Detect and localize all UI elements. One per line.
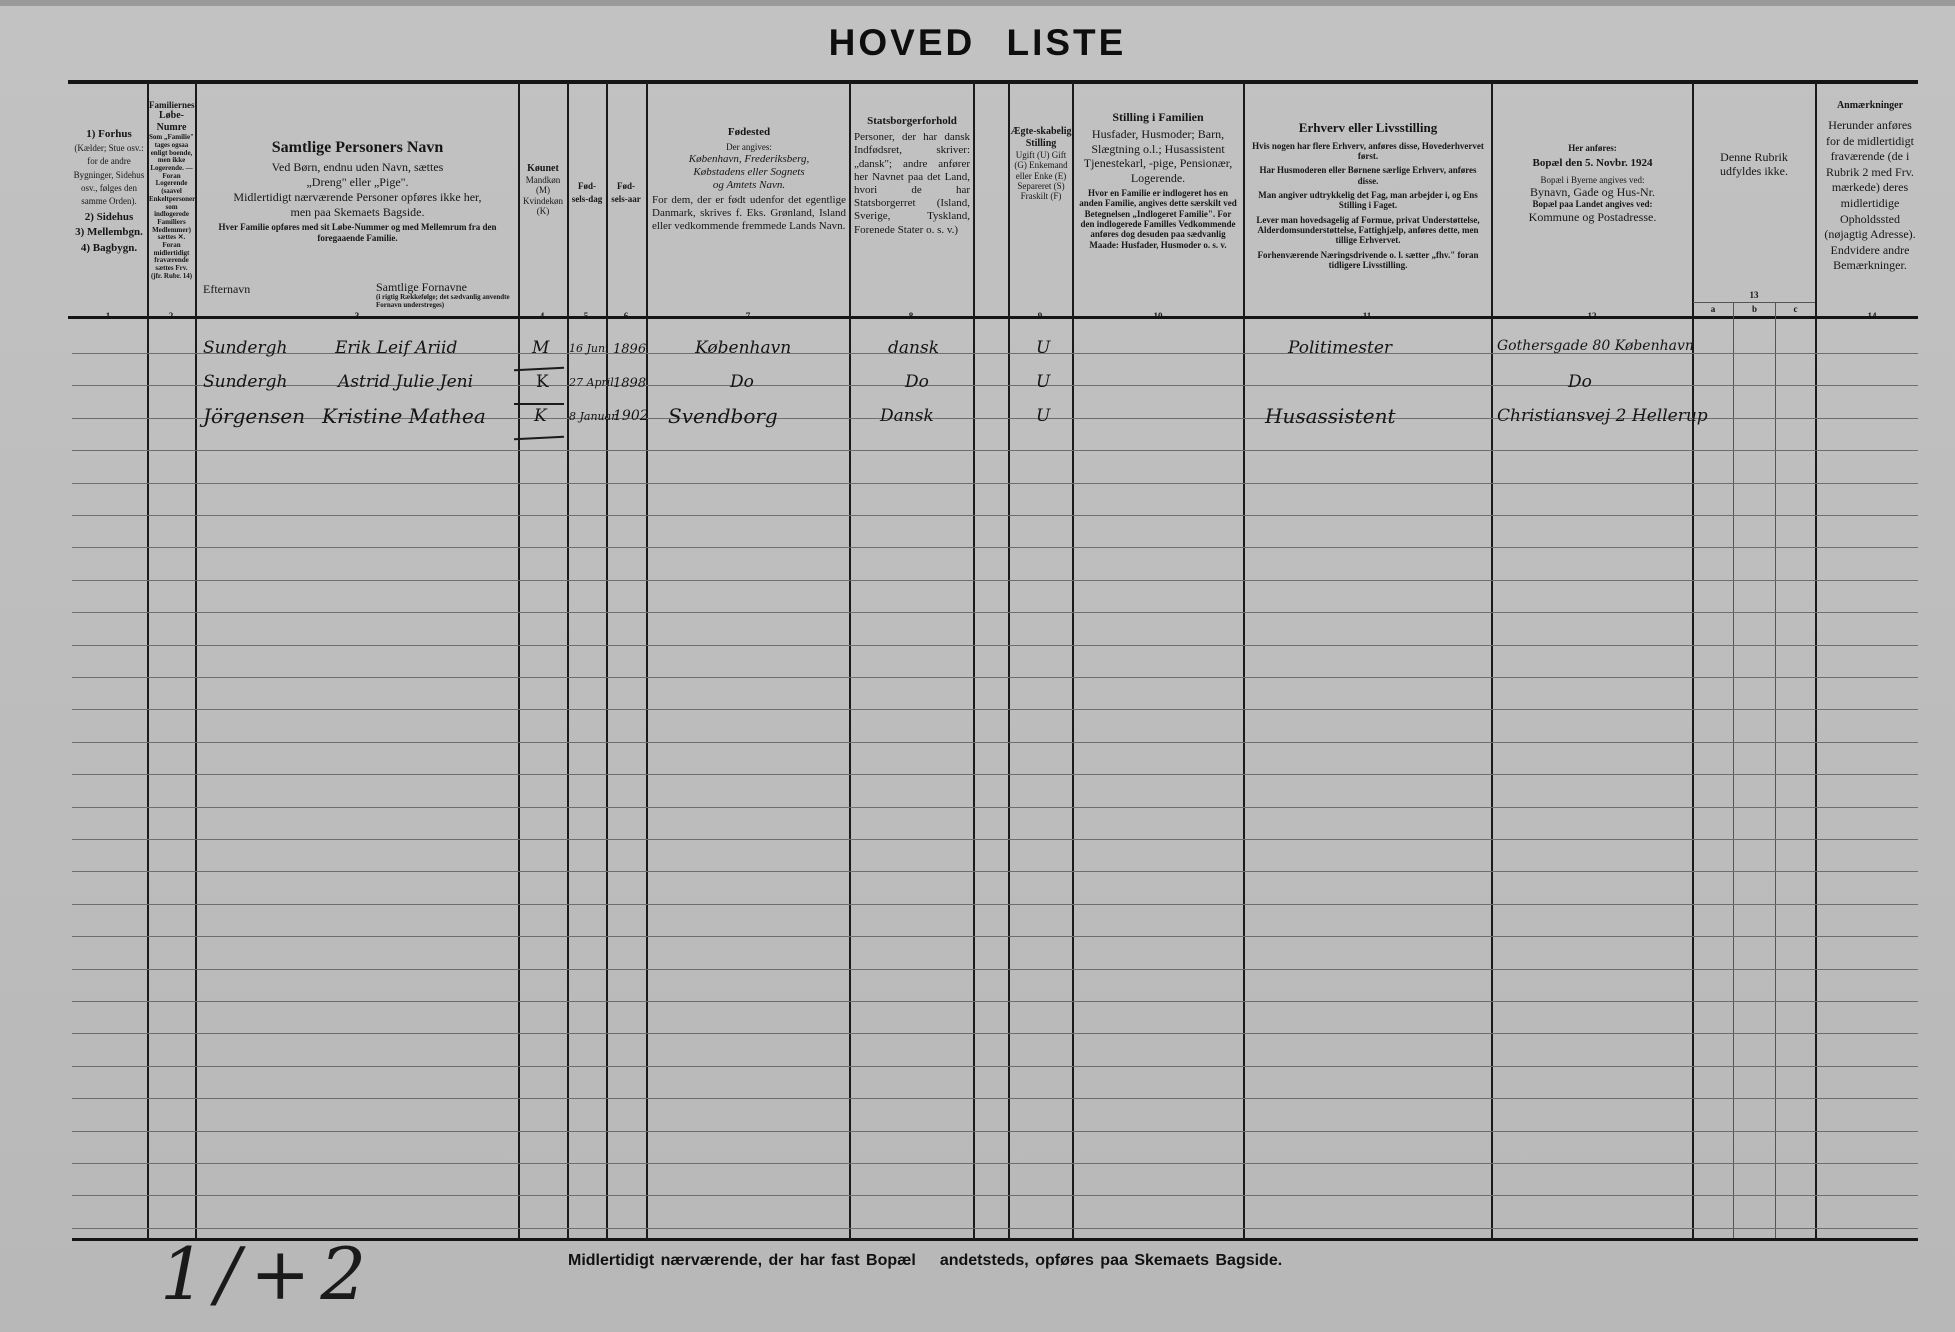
row-rule — [72, 1228, 1918, 1229]
col3-sub-surname: Efternavn — [203, 282, 293, 296]
col-number-6: 6 — [611, 311, 641, 321]
entry-marital: U — [1036, 406, 1050, 426]
row-rule — [72, 969, 1918, 970]
col-number-3: 3 — [342, 311, 372, 321]
row-rule — [72, 1131, 1918, 1132]
col13-sub-c: c — [1776, 304, 1815, 315]
row-rule — [72, 483, 1918, 484]
entry-citizenship: dansk — [888, 338, 939, 358]
entry-residence: Gothersgade 80 København — [1497, 338, 1694, 354]
col-number-4: 4 — [527, 311, 557, 321]
col-number-11: 11 — [1352, 311, 1382, 321]
row-rule — [72, 1163, 1918, 1164]
col13-number: 13 — [1693, 290, 1815, 301]
row-rule — [72, 1033, 1918, 1034]
row-rule — [72, 807, 1918, 808]
col-number-5: 5 — [571, 311, 601, 321]
sex-underline — [514, 436, 564, 441]
form-title: HOVED LISTE — [0, 22, 1955, 64]
row-rule — [72, 547, 1918, 548]
row-rule — [72, 515, 1918, 516]
row-rule — [72, 709, 1918, 710]
row-rule — [72, 839, 1918, 840]
col13-sub-b: b — [1734, 304, 1775, 315]
footer-note-part1: Midlertidigt nærværende, der har fast Bo… — [568, 1252, 916, 1269]
col8-header: Statsborgerforhold Personer, der har dan… — [854, 115, 970, 237]
entry-citizenship: Dansk — [880, 406, 934, 426]
entry-marital: U — [1036, 338, 1050, 358]
col2-header: Familiernes Løbe-Numre Som „Familie" tag… — [149, 100, 194, 280]
col3-header: Samtlige Personers Navn Ved Børn, endnu … — [200, 138, 515, 243]
entry-surname: Jörgensen — [203, 404, 305, 428]
row-rule — [72, 580, 1918, 581]
row-rule — [72, 645, 1918, 646]
scan-edge — [0, 0, 1955, 6]
row-rule — [72, 1098, 1918, 1099]
entry-occupation: Husassistent — [1265, 404, 1396, 428]
entry-surname: Sundergh — [203, 372, 287, 392]
row-rule — [72, 1066, 1918, 1067]
entry-birth-year: 1896 — [613, 342, 646, 357]
footer-note-part2: andetsteds, opføres paa Skemaets Bagside… — [940, 1252, 1282, 1269]
entry-sex: M — [532, 338, 549, 358]
row-rule — [72, 742, 1918, 743]
col-number-10: 10 — [1143, 311, 1173, 321]
col10-header: Stilling i Familien Husfader, Husmoder; … — [1077, 110, 1239, 250]
row-rule — [72, 871, 1918, 872]
col-number-9: 9 — [1025, 311, 1055, 321]
entry-surname: Sundergh — [203, 338, 287, 358]
entry-occupation: Politimester — [1288, 338, 1392, 358]
col13-header: Denne Rubrik udfyldes ikke. — [1712, 150, 1796, 179]
sex-underline — [514, 403, 564, 405]
col-number-12: 12 — [1577, 311, 1607, 321]
col13-sub-a: a — [1693, 304, 1733, 315]
col3-sub-given-names: Samtlige Fornavne (i rigtig Rækkefølge; … — [376, 280, 516, 310]
col6-header: Fød-sels-aar — [609, 180, 643, 206]
row-rule — [72, 774, 1918, 775]
entry-sex: K — [536, 372, 549, 392]
col14-header: Anmærkninger Herunder anføres for de mid… — [1822, 100, 1918, 274]
col5-header: Fød-sels-dag — [570, 180, 604, 206]
entry-birth-day: 27 April — [569, 376, 614, 389]
header-top-rule — [68, 80, 1918, 84]
col-number-14: 14 — [1857, 311, 1887, 321]
col-number-7: 7 — [733, 311, 763, 321]
entry-birthplace: København — [695, 338, 791, 358]
entry-birth-day: 8 Januar — [569, 410, 616, 423]
entry-birth-year: 1898 — [613, 376, 646, 391]
sex-underline — [514, 367, 564, 372]
entry-given-names: Astrid Julie Jeni — [338, 372, 473, 392]
footer-note: Midlertidigt nærværende, der har fast Bo… — [568, 1252, 1282, 1270]
entry-birth-day: 16 Juni — [569, 342, 609, 355]
row-rule — [72, 677, 1918, 678]
entry-given-names: Kristine Mathea — [322, 404, 486, 428]
col7-header: Fødested Der angives: København, Frederi… — [652, 126, 846, 234]
row-rule — [72, 1001, 1918, 1002]
entry-given-names: Erik Leif Ariid — [335, 338, 457, 358]
col-number-8: 8 — [896, 311, 926, 321]
col9-header: Ægte-skabelig Stilling Ugift (U) Gift (G… — [1010, 126, 1072, 202]
row-rule — [72, 936, 1918, 937]
entry-citizenship: Do — [905, 372, 929, 392]
row-rule — [72, 612, 1918, 613]
census-form-page: HOVED LISTE 1) Forhus (Kælder; Stue osv.… — [0, 0, 1955, 1332]
col1-header: 1) Forhus (Kælder; Stue osv.: for de and… — [72, 128, 146, 255]
entry-birthplace: Do — [730, 372, 754, 392]
col12-header: Her anføres: Bopæl den 5. Novbr. 1924 Bo… — [1495, 143, 1690, 224]
entry-sex: K — [534, 406, 547, 426]
row-rule — [72, 450, 1918, 451]
col13-sub-rule — [1693, 302, 1815, 303]
col4-header: Køunet Mandkøn (M) Kvindekøn (K) — [519, 163, 567, 216]
handwritten-page-count: 1/+2 — [160, 1232, 376, 1316]
entry-birth-year: 1902 — [613, 408, 649, 424]
entry-birthplace: Svendborg — [668, 404, 778, 428]
col-number-2: 2 — [156, 311, 186, 321]
entry-residence: Christiansvej 2 Hellerup — [1497, 406, 1708, 426]
row-rule — [72, 1195, 1918, 1196]
col11-header: Erhverv eller Livsstilling Hvis nogen ha… — [1250, 120, 1486, 270]
col-number-1: 1 — [93, 311, 123, 321]
row-rule — [72, 904, 1918, 905]
entry-residence: Do — [1568, 372, 1592, 392]
entry-marital: U — [1036, 372, 1050, 392]
